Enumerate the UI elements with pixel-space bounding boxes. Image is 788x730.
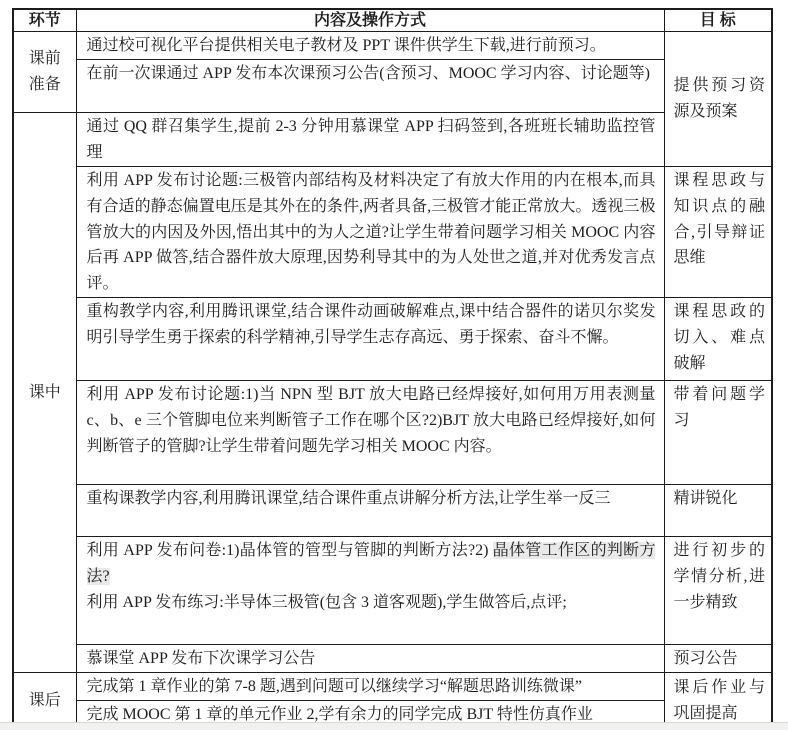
- goal-cell: 课程思政的切入、难点破解: [664, 298, 772, 381]
- table-row: 利用 APP 发布讨论题:1)当 NPN 型 BJT 放大电路已经焊接好,如何用…: [13, 381, 772, 485]
- content-cell: 利用 APP 发布讨论题:1)当 NPN 型 BJT 放大电路已经焊接好,如何用…: [76, 381, 664, 485]
- lesson-plan-table: 环节 内容及操作方式 目 标 课前准备 通过校可视化平台提供相关电子教材及 PP…: [12, 8, 773, 730]
- exercise-paragraph: 利用 APP 发布练习:半导体三极管(包含 3 道客观题),学生做答后,点评;: [87, 590, 656, 616]
- table-row: 利用 APP 发布问卷:1)晶体管的管型与管脚的判断方法?2) 晶体管工作区的判…: [13, 537, 772, 645]
- content-cell: 重构教学内容,利用腾讯课堂,结合课件动画破解难点,课中结合器件的诺贝尔奖发明引导…: [76, 298, 664, 381]
- table-header-row: 环节 内容及操作方式 目 标: [13, 9, 772, 32]
- table-row: 课后 完成第 1 章作业的第 7-8 题,遇到问题可以继续学习“解题思路训练微课…: [13, 673, 772, 701]
- table-row: 慕课堂 APP 发布下次课学习公告 预习公告: [13, 645, 772, 673]
- survey-paragraph: 利用 APP 发布问卷:1)晶体管的管型与管脚的判断方法?2) 晶体管工作区的判…: [87, 538, 656, 590]
- content-cell: 利用 APP 发布讨论题:三极管内部结构及材料决定了有放大作用的内在根本,而具有…: [76, 166, 664, 298]
- goal-cell: 课程思政与知识点的融合,引导辩证思维: [664, 166, 772, 298]
- content-cell: 通过校可视化平台提供相关电子教材及 PPT 课件供学生下载,进行前预习。: [76, 32, 664, 60]
- content-cell-with-highlight: 利用 APP 发布问卷:1)晶体管的管型与管脚的判断方法?2) 晶体管工作区的判…: [76, 537, 664, 645]
- table-row: 利用 APP 发布讨论题:三极管内部结构及材料决定了有放大作用的内在根本,而具有…: [13, 166, 772, 298]
- header-goal: 目 标: [664, 9, 772, 32]
- table-row: 重构课教学内容,利用腾讯课堂,结合课件重点讲解分析方法,让学生举一反三 精讲锐化: [13, 485, 772, 537]
- goal-cell: 精讲锐化: [664, 485, 772, 537]
- content-cell: 完成第 1 章作业的第 7-8 题,遇到问题可以继续学习“解题思路训练微课”: [76, 673, 664, 701]
- goal-cell: 进行初步的学情分析,进一步精致: [664, 537, 772, 645]
- table-row: 课前准备 通过校可视化平台提供相关电子教材及 PPT 课件供学生下载,进行前预习…: [13, 32, 772, 60]
- page-boundary-strip: [0, 722, 788, 730]
- table-row: 在前一次课通过 APP 发布本次课预习公告(含预习、MOOC 学习内容、讨论题等…: [13, 59, 772, 112]
- header-stage: 环节: [13, 9, 76, 32]
- goal-cell-after: 课后作业与巩固提高: [664, 673, 772, 729]
- stage-cell-in-class: 课中: [13, 112, 76, 672]
- table-row: 课中 通过 QQ 群召集学生,提前 2-3 分钟用慕课堂 APP 扫码签到,各班…: [13, 112, 772, 166]
- survey-text: 利用 APP 发布问卷:1)晶体管的管型与管脚的判断方法?2): [87, 542, 493, 559]
- content-cell: 重构课教学内容,利用腾讯课堂,结合课件重点讲解分析方法,让学生举一反三: [76, 485, 664, 537]
- content-cell: 在前一次课通过 APP 发布本次课预习公告(含预习、MOOC 学习内容、讨论题等…: [76, 59, 664, 112]
- stage-cell-after-class: 课后: [13, 673, 76, 729]
- goal-cell-prep: 提供预习资源及预案: [664, 32, 772, 167]
- content-cell: 通过 QQ 群召集学生,提前 2-3 分钟用慕课堂 APP 扫码签到,各班班长辅…: [76, 112, 664, 166]
- header-content: 内容及操作方式: [76, 9, 664, 32]
- content-cell: 慕课堂 APP 发布下次课学习公告: [76, 645, 664, 673]
- table-row: 重构教学内容,利用腾讯课堂,结合课件动画破解难点,课中结合器件的诺贝尔奖发明引导…: [13, 298, 772, 381]
- stage-cell-pre-class: 课前准备: [13, 32, 76, 113]
- goal-cell: 预习公告: [664, 645, 772, 673]
- goal-cell: 带着问题学习: [664, 381, 772, 485]
